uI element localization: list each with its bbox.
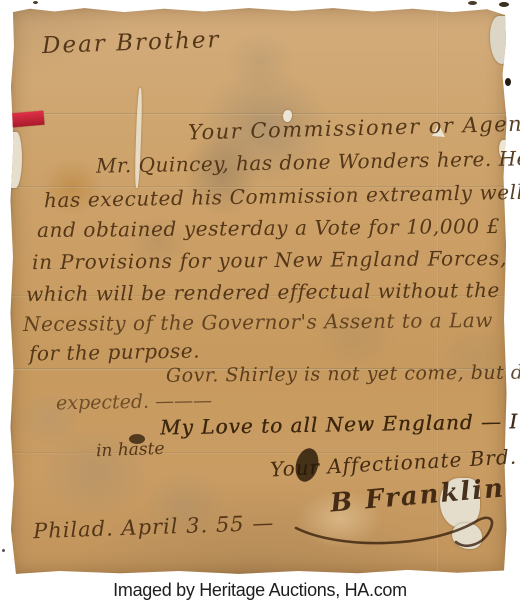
edge-speck [468, 1, 477, 5]
edge-speck [33, 1, 38, 4]
paper-chip [490, 16, 512, 64]
letter-line: Govr. Shirley is not yet come, but daily [166, 361, 520, 386]
letter-line: for the purpose. [29, 339, 200, 366]
credit-caption: Imaged by Heritage Auctions, HA.com [0, 580, 520, 601]
letter-line: and obtained yesterday a Vote for 10,000… [37, 214, 500, 242]
letter-line: Necessity of the Governor's Assent to a … [23, 308, 493, 336]
wax-seal-remnant [11, 111, 44, 128]
paper-chip [10, 132, 22, 188]
edge-speck [2, 549, 5, 552]
letter-line: which will be rendered effectual without… [26, 278, 500, 306]
letter-line: expected. ——— [56, 390, 213, 415]
letter-photo: Dear Brother Your Commissioner or Agent … [0, 0, 520, 605]
signature-flourish [290, 498, 500, 550]
edge-speck [499, 2, 509, 7]
edge-speck [505, 78, 511, 86]
ink-blot [129, 434, 145, 444]
letter-line: in Provisions for your New England Force… [32, 246, 507, 274]
